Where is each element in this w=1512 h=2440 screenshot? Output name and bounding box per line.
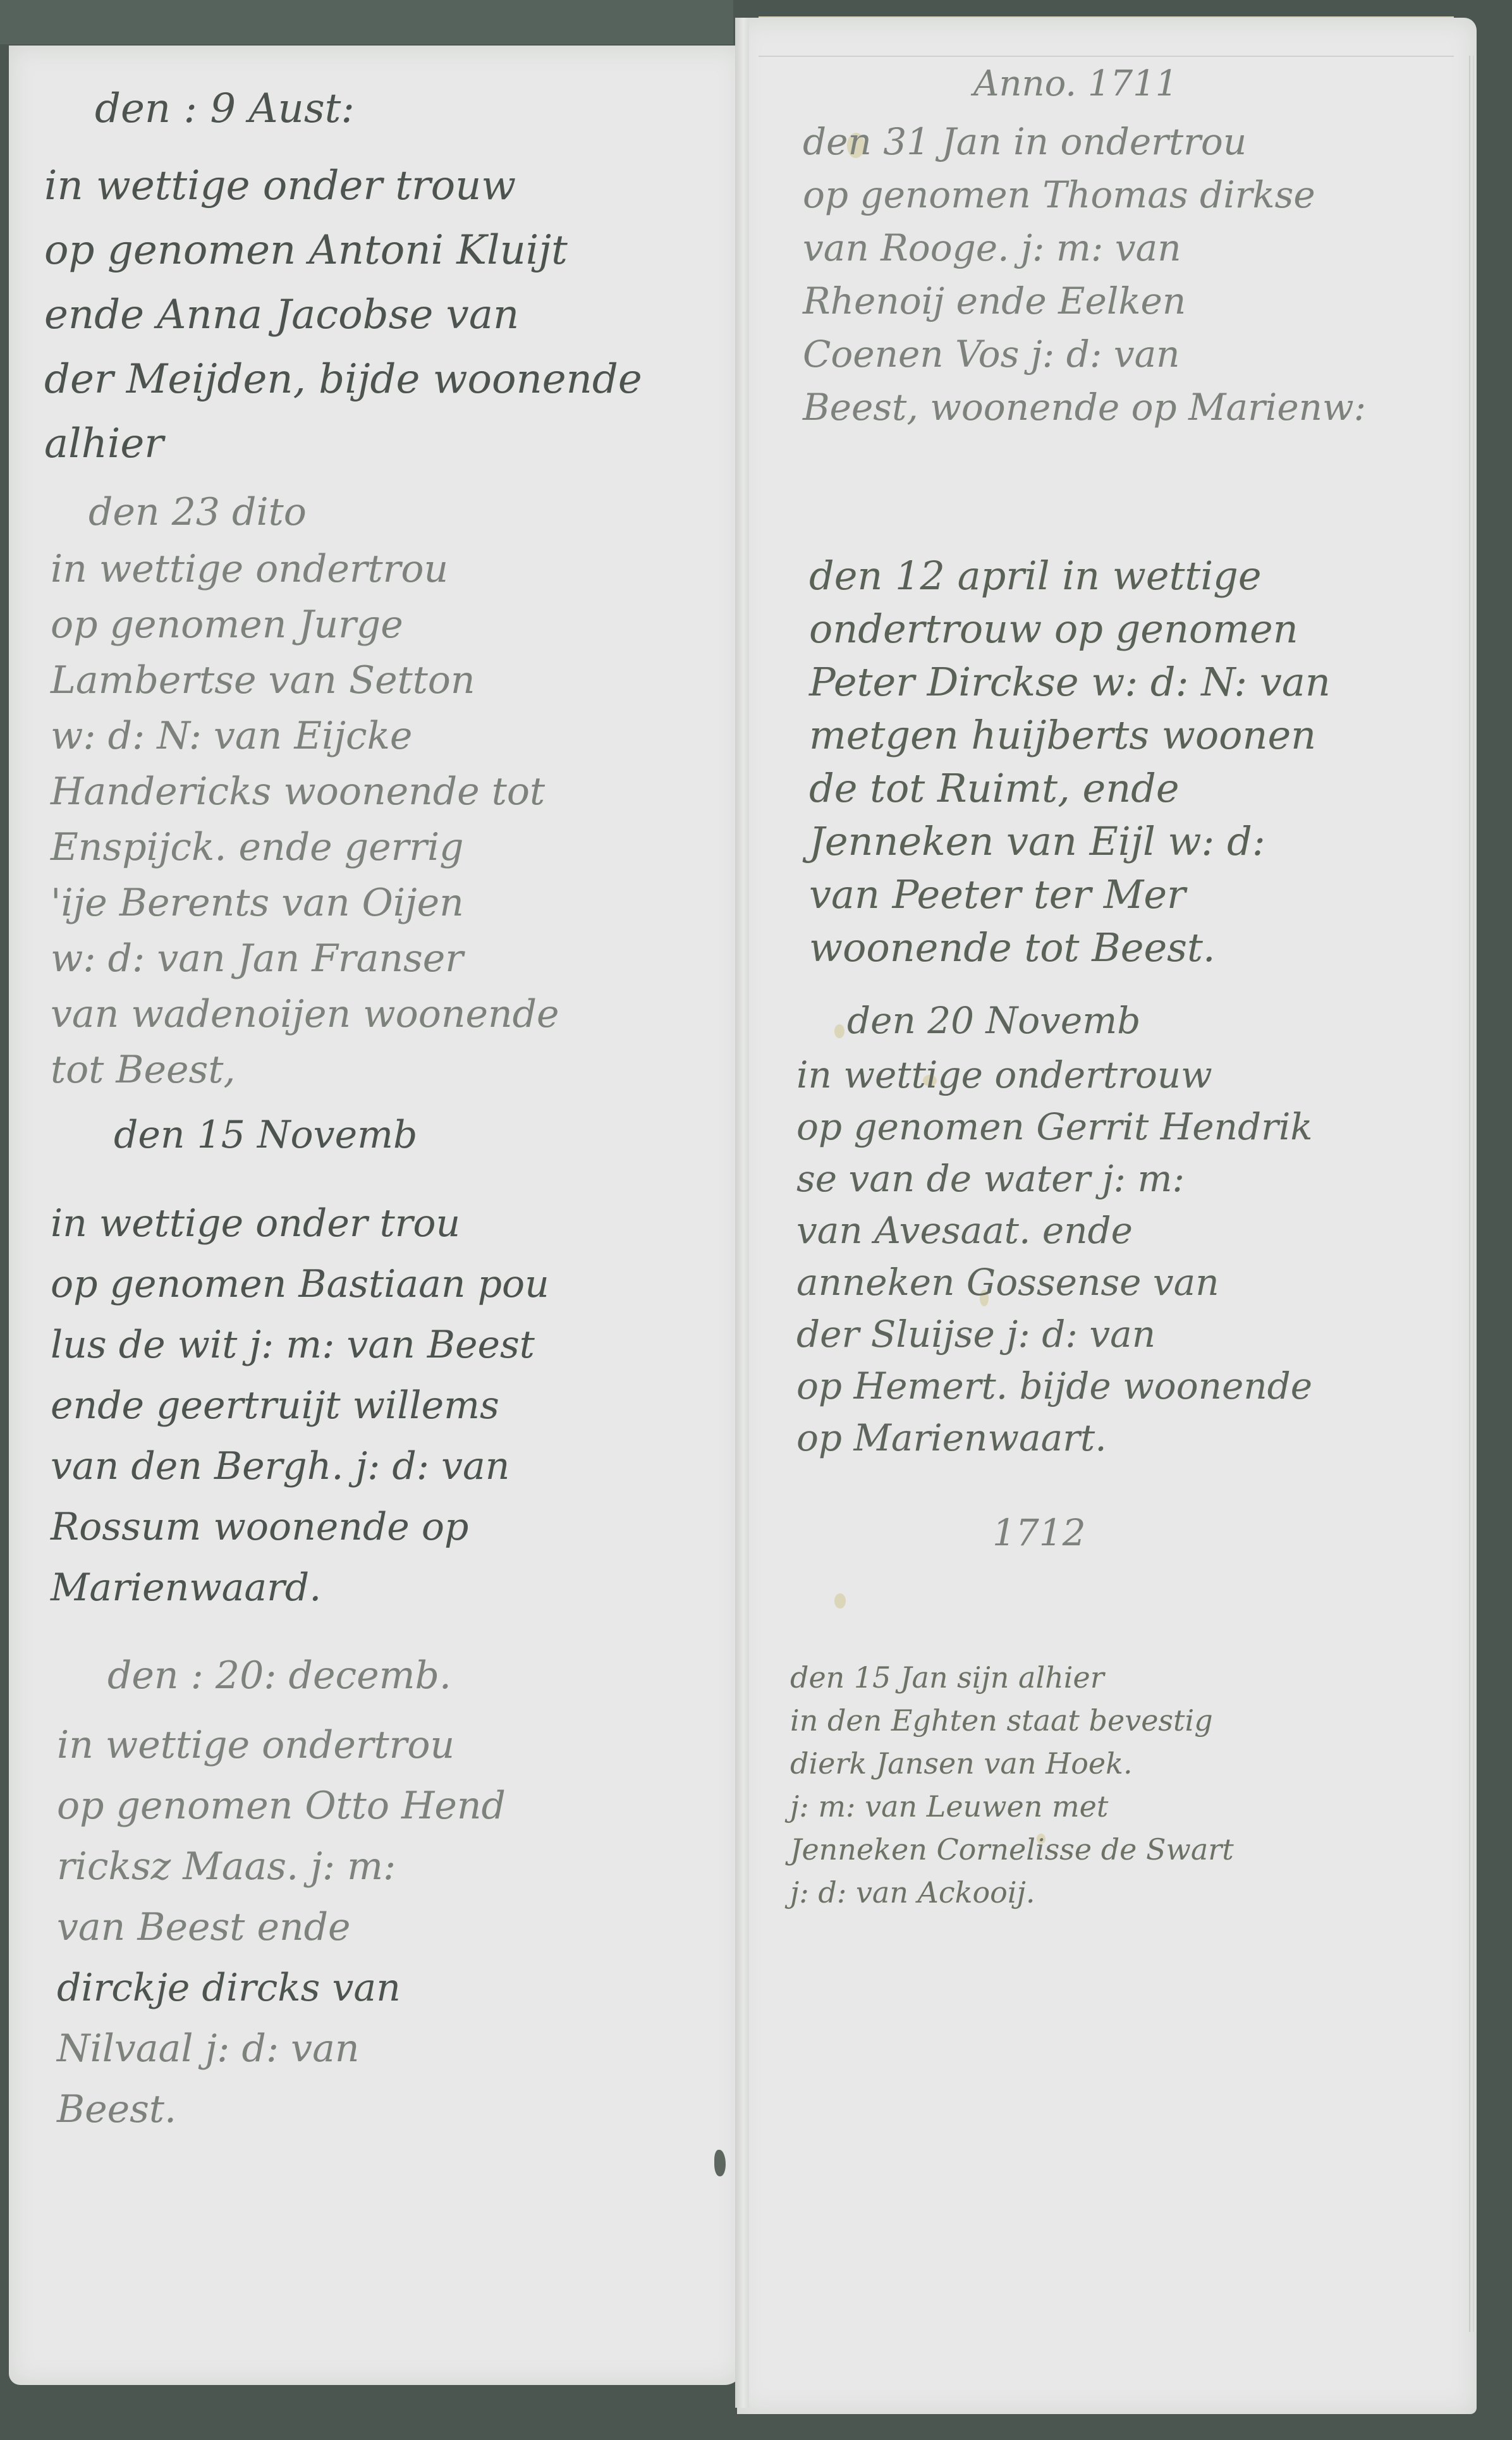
entry-date: den : 9 Aust: xyxy=(95,89,642,129)
entry-right-4: den 15 Jan sijn alhier in den Eghten sta… xyxy=(790,1663,1234,1907)
entry-line: van Beest ende xyxy=(57,1908,506,1946)
entry-line: Coenen Vos j: d: van xyxy=(803,336,1366,372)
entry-line: op genomen Bastiaan pou xyxy=(51,1265,549,1303)
entry-line: in wettige ondertrou xyxy=(57,1726,506,1764)
entry-line: j: m: van Leuwen met xyxy=(790,1792,1234,1821)
entry-line: van Rooge. j: m: van xyxy=(803,230,1366,266)
year-heading-1711: Anno. 1711 xyxy=(973,63,1178,104)
entry-date: den : 20: decemb. xyxy=(107,1657,506,1695)
entry-line: woonende tot Beest. xyxy=(809,928,1331,967)
entry-line: in wettige onder trou xyxy=(51,1205,549,1242)
entry-line: in wettige onder trouw xyxy=(44,166,642,206)
entry-line: w: d: van Jan Franser xyxy=(51,940,559,978)
entry-line: dirckje dircks van xyxy=(57,1969,506,2007)
entry-line: metgen huijberts woonen xyxy=(809,716,1331,755)
entry-line: van Avesaat. ende xyxy=(796,1212,1313,1249)
entry-line: op genomen Jurge xyxy=(51,606,559,644)
entry-line: Rossum woonende op xyxy=(51,1508,549,1546)
entry-left-2: den 23 dito in wettige ondertrou op geno… xyxy=(51,493,559,1089)
entry-line: van wadenoijen woonende xyxy=(51,995,559,1033)
entry-line: 'ije Berents van Oijen xyxy=(51,884,559,922)
entry-line: den 12 april in wettige xyxy=(809,556,1331,596)
entry-right-2: den 12 april in wettige ondertrouw op ge… xyxy=(809,556,1331,967)
entry-line: op genomen Gerrit Hendrik xyxy=(796,1108,1313,1145)
entry-line: de tot Ruimt, ende xyxy=(809,769,1331,808)
entry-line: Handericks woonende tot xyxy=(51,773,559,811)
entry-line: Beest, woonende op Marienw: xyxy=(803,389,1366,426)
entry-line: op Hemert. bijde woonende xyxy=(796,1368,1313,1404)
entry-date: den 15 Novemb xyxy=(114,1116,549,1154)
entry-date: den 20 Novemb xyxy=(847,1002,1313,1039)
entry-line: ricksz Maas. j: m: xyxy=(57,1848,506,1885)
entry-line: w: d: N: van Eijcke xyxy=(51,717,559,755)
backdrop-fold xyxy=(0,0,733,44)
entry-line: tot Beest, xyxy=(51,1051,559,1089)
entry-line: anneken Gossense van xyxy=(796,1264,1313,1301)
year-heading-1712: 1712 xyxy=(992,1511,1086,1554)
entry-line: Rhenoij ende Eelken xyxy=(803,283,1366,319)
entry-line: der Sluijse j: d: van xyxy=(796,1316,1313,1352)
entry-line: op Marienwaart. xyxy=(796,1419,1313,1456)
entry-line: ende Anna Jacobse van xyxy=(44,295,642,335)
entry-line: Jenneken van Eijl w: d: xyxy=(809,822,1331,861)
entry-line: Peter Dirckse w: d: N: van xyxy=(809,663,1331,702)
entry-left-4: den : 20: decemb. in wettige ondertrou o… xyxy=(57,1657,506,2128)
entry-line: in den Eghten staat bevestig xyxy=(790,1706,1234,1735)
entry-line: den 31 Jan in ondertrou xyxy=(803,123,1366,160)
entry-line: dierk Jansen van Hoek. xyxy=(790,1749,1234,1778)
entry-line: den 15 Jan sijn alhier xyxy=(790,1663,1234,1692)
ink-blot xyxy=(714,2150,726,2176)
entry-line: j: d: van Ackooij. xyxy=(790,1878,1234,1907)
book-gutter xyxy=(735,18,749,2408)
page-stack-edge xyxy=(759,16,1454,57)
paper-stain xyxy=(834,1593,846,1609)
entry-line: alhier xyxy=(44,424,642,464)
entry-line: op genomen Thomas dirkse xyxy=(803,176,1366,213)
entry-date: den 23 dito xyxy=(88,493,559,531)
entry-line: in wettige ondertrouw xyxy=(796,1057,1313,1093)
entry-right-3: den 20 Novemb in wettige ondertrouw op g… xyxy=(796,1002,1313,1456)
entry-left-3: den 15 Novemb in wettige onder trou op g… xyxy=(51,1116,549,1607)
entry-line: Beest. xyxy=(57,2090,506,2128)
entry-left-1: den : 9 Aust: in wettige onder trouw op … xyxy=(44,89,642,464)
entry-line: der Meijden, bijde woonende xyxy=(44,359,642,400)
entry-right-1: den 31 Jan in ondertrou op genomen Thoma… xyxy=(803,123,1366,426)
entry-line: in wettige ondertrou xyxy=(51,550,559,588)
entry-line: Lambertse van Setton xyxy=(51,661,559,699)
entry-line: van den Bergh. j: d: van xyxy=(51,1447,549,1485)
entry-line: Nilvaal j: d: van xyxy=(57,2030,506,2068)
entry-line: Jenneken Cornelisse de Swart xyxy=(790,1835,1234,1864)
entry-line: ondertrouw op genomen xyxy=(809,610,1331,649)
entry-line: op genomen Otto Hend xyxy=(57,1787,506,1825)
entry-line: op genomen Antoni Kluijt xyxy=(44,230,642,271)
entry-line: ende geertruijt willems xyxy=(51,1387,549,1425)
entry-line: Marienwaard. xyxy=(51,1569,549,1607)
entry-line: se van de water j: m: xyxy=(796,1160,1313,1197)
entry-line: Enspijck. ende gerrig xyxy=(51,828,559,866)
entry-line: lus de wit j: m: van Beest xyxy=(51,1326,549,1364)
entry-line: van Peeter ter Mer xyxy=(809,875,1331,914)
